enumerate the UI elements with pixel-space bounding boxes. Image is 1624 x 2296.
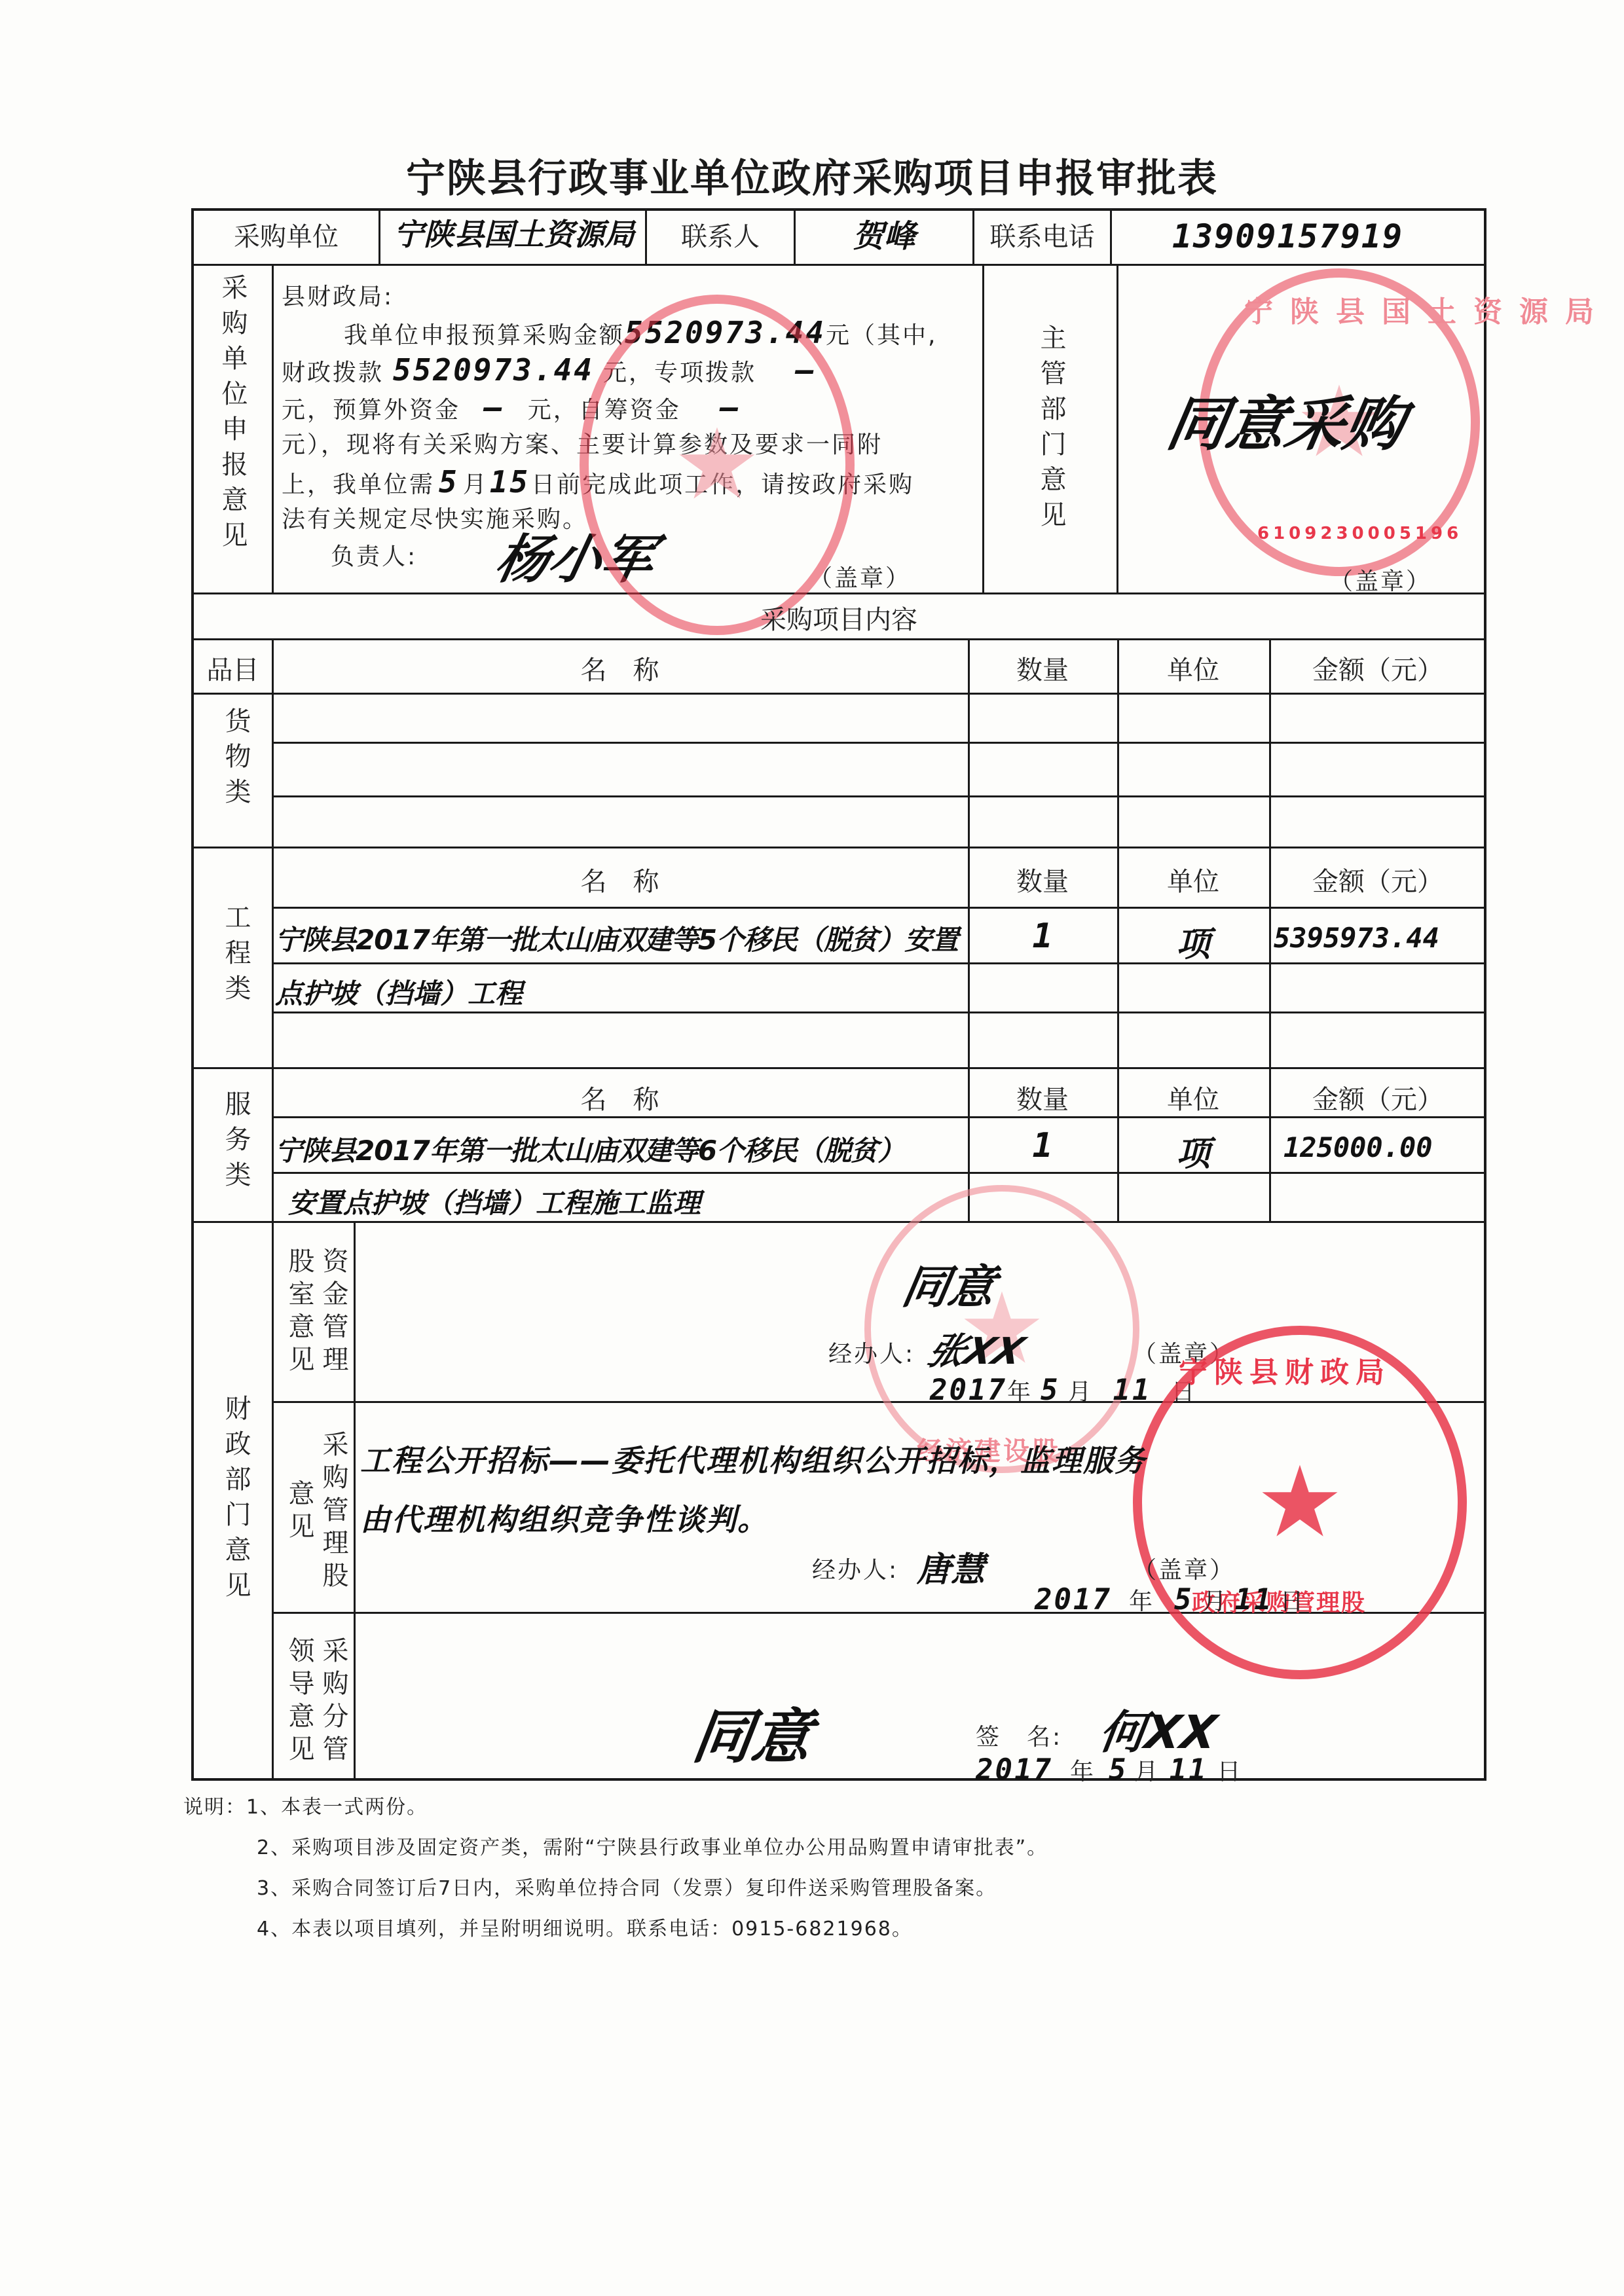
leader-date-month: 5 [1109, 1753, 1128, 1787]
category-column-header: 品目 [194, 649, 272, 687]
services-item-unit: 项 [1117, 1126, 1269, 1175]
note-text: 1、本表一式两份。 [246, 1796, 428, 1819]
applicant-opinion-label: 采购单位申报意见 [213, 274, 252, 556]
applicant-stamp: ★ [580, 295, 855, 635]
fund-mgmt-date-month: 5 [1041, 1374, 1060, 1407]
procurement-date-year: 2017 [1035, 1583, 1112, 1616]
services-amount-header: 金额（元） [1269, 1079, 1486, 1116]
services-quantity-header: 数量 [968, 1079, 1117, 1116]
engineering-item-unit: 项 [1117, 917, 1269, 966]
fund-mgmt-date: 2017年5月11日 [930, 1372, 1197, 1411]
year-char: 年 [1129, 1588, 1154, 1615]
services-item-quantity: 1 [968, 1126, 1117, 1165]
fiscal-prefix: 财政拨款 [282, 359, 384, 386]
supervisor-stamp-text: 宁陕县国土资源局 [1244, 288, 1611, 330]
fund-mgmt-handler-signature: 张XX [920, 1322, 1032, 1375]
supervisor-seal-label: （盖章） [1329, 563, 1431, 600]
budget-prefix: 我单位申报预算采购金额 [344, 322, 625, 349]
unit-label: 采购单位 [194, 216, 378, 253]
quantity-column-header: 数量 [968, 649, 1117, 687]
note-4: 4、本表以项目填列，并呈附明细说明。联系电话：0915-6821968。 [183, 1909, 1048, 1950]
deadline-prefix: 上，我单位需 [282, 471, 435, 498]
deadline-month: 5 [439, 464, 459, 500]
budget-suffix: 元（其中, [826, 322, 937, 349]
year-char: 年 [1070, 1758, 1096, 1785]
services-name-header: 名 称 [272, 1079, 968, 1116]
procurement-opinion-line1: 工程公开招标——委托代理机构组织公开招标，监理服务 [360, 1437, 1146, 1480]
goods-category-label: 货物类 [216, 707, 255, 813]
fund-mgmt-date-year: 2017 [930, 1374, 1007, 1407]
procurement-mgmt-label: 采购管理股意见 [278, 1427, 350, 1597]
name-column-header: 名 称 [272, 649, 968, 687]
engineering-item-amount: 5395973.44 [1274, 922, 1439, 954]
services-category-label: 服务类 [216, 1090, 255, 1196]
procurement-date-month: 5 [1174, 1583, 1194, 1616]
extra-budget-funds: — [484, 390, 504, 425]
engineering-quantity-header: 数量 [968, 861, 1117, 898]
procurement-mgmt-stamp-text: 宁陕县财政局 [1179, 1349, 1391, 1391]
leader-handwritten-opinion: 同意 [688, 1689, 818, 1774]
unit-column-header: 单位 [1117, 649, 1269, 687]
content-header: 采购项目内容 [191, 599, 1486, 636]
procurement-handler-label: 经办人: [812, 1552, 898, 1589]
fund-mgmt-handler-label: 经办人: [828, 1336, 915, 1373]
phone-label: 联系电话 [974, 216, 1110, 253]
responsible-label: 负责人: [331, 538, 417, 575]
leader-opinion-label: 采购分管领导意见 [278, 1630, 350, 1774]
month-char: 月 [463, 471, 489, 498]
fund-mgmt-date-day: 11 [1113, 1374, 1152, 1407]
engineering-category-label: 工程类 [216, 903, 255, 1010]
notes-prefix: 说明： [183, 1796, 246, 1819]
supervisor-handwritten-opinion: 同意采购 [1162, 376, 1412, 462]
services-item-name-line2: 安置点护坡（挡墙）工程施工监理 [288, 1182, 701, 1221]
supervisor-opinion-label: 主管部门意见 [1031, 324, 1071, 536]
amount-column-header: 金额（元） [1269, 649, 1486, 687]
day-char: 日 [1280, 1588, 1305, 1615]
form-notes: 说明：1、本表一式两份。 2、采购项目涉及固定资产类，需附“宁陕县行政事业单位办… [183, 1787, 1048, 1950]
year-char: 年 [1007, 1379, 1033, 1406]
month-char: 月 [1067, 1379, 1093, 1406]
services-unit-header: 单位 [1117, 1079, 1269, 1116]
procurement-opinion-line2: 由代理机构组织竞争性谈判。 [360, 1496, 769, 1539]
procurement-date: 2017年5月11日 [1035, 1581, 1306, 1620]
note-2: 2、采购项目涉及固定资产类，需附“宁陕县行政事业单位办公用品购置申请审批表”。 [183, 1828, 1048, 1868]
form-title: 宁陕县行政事业单位政府采购项目申报审批表 [0, 147, 1624, 204]
extra-budget-prefix: 元，预算外资金 [282, 397, 460, 424]
procurement-handler-signature: 唐慧 [917, 1542, 985, 1591]
unit-value: 宁陕县国土资源局 [386, 211, 642, 254]
procurement-date-day: 11 [1235, 1583, 1274, 1616]
leader-sign-label: 签 名: [976, 1719, 1062, 1756]
phone-value: 13909157919 [1172, 217, 1403, 255]
deadline-day: 15 [490, 464, 530, 500]
day-char: 日 [1217, 1758, 1242, 1785]
supervisor-stamp-code: 6109230005196 [1257, 524, 1462, 543]
stamp-star-icon: ★ [1256, 1453, 1344, 1552]
engineering-item-name-line2: 点护坡（挡墙）工程 [275, 972, 523, 1011]
leader-date-year: 2017 [976, 1753, 1053, 1787]
engineering-amount-header: 金额（元） [1269, 861, 1486, 898]
engineering-item-name-line1: 宁陕县2017年第一批太山庙双建等5个移民（脱贫）安置 [275, 919, 958, 958]
finance-opinion-label: 财政部门意见 [216, 1394, 255, 1607]
leader-date: 2017年5月11日 [976, 1751, 1243, 1791]
engineering-name-header: 名 称 [272, 861, 968, 898]
fund-mgmt-handwritten: 同意 [898, 1250, 1001, 1317]
month-char: 月 [1202, 1588, 1228, 1615]
contact-value: 贺峰 [796, 211, 972, 256]
fund-mgmt-label: 资金管理股室意见 [278, 1234, 350, 1391]
month-char: 月 [1134, 1758, 1160, 1785]
stamp-star-icon: ★ [673, 416, 761, 514]
note-3: 3、采购合同签订后7日内，采购单位持合同（发票）复印件送采购管理股备案。 [183, 1868, 1048, 1909]
engineering-item-quantity: 1 [968, 917, 1117, 956]
note-1: 说明：1、本表一式两份。 [183, 1787, 1048, 1828]
addressee: 县财政局: [282, 278, 394, 316]
services-item-name-line1: 宁陕县2017年第一批太山庙双建等6个移民（脱贫） [275, 1129, 904, 1169]
services-item-amount: 125000.00 [1283, 1131, 1433, 1163]
engineering-unit-header: 单位 [1117, 861, 1269, 898]
leader-date-day: 11 [1170, 1753, 1208, 1787]
contact-label: 联系人 [647, 216, 794, 253]
fiscal-allocation: 5520973.44 [393, 352, 594, 388]
